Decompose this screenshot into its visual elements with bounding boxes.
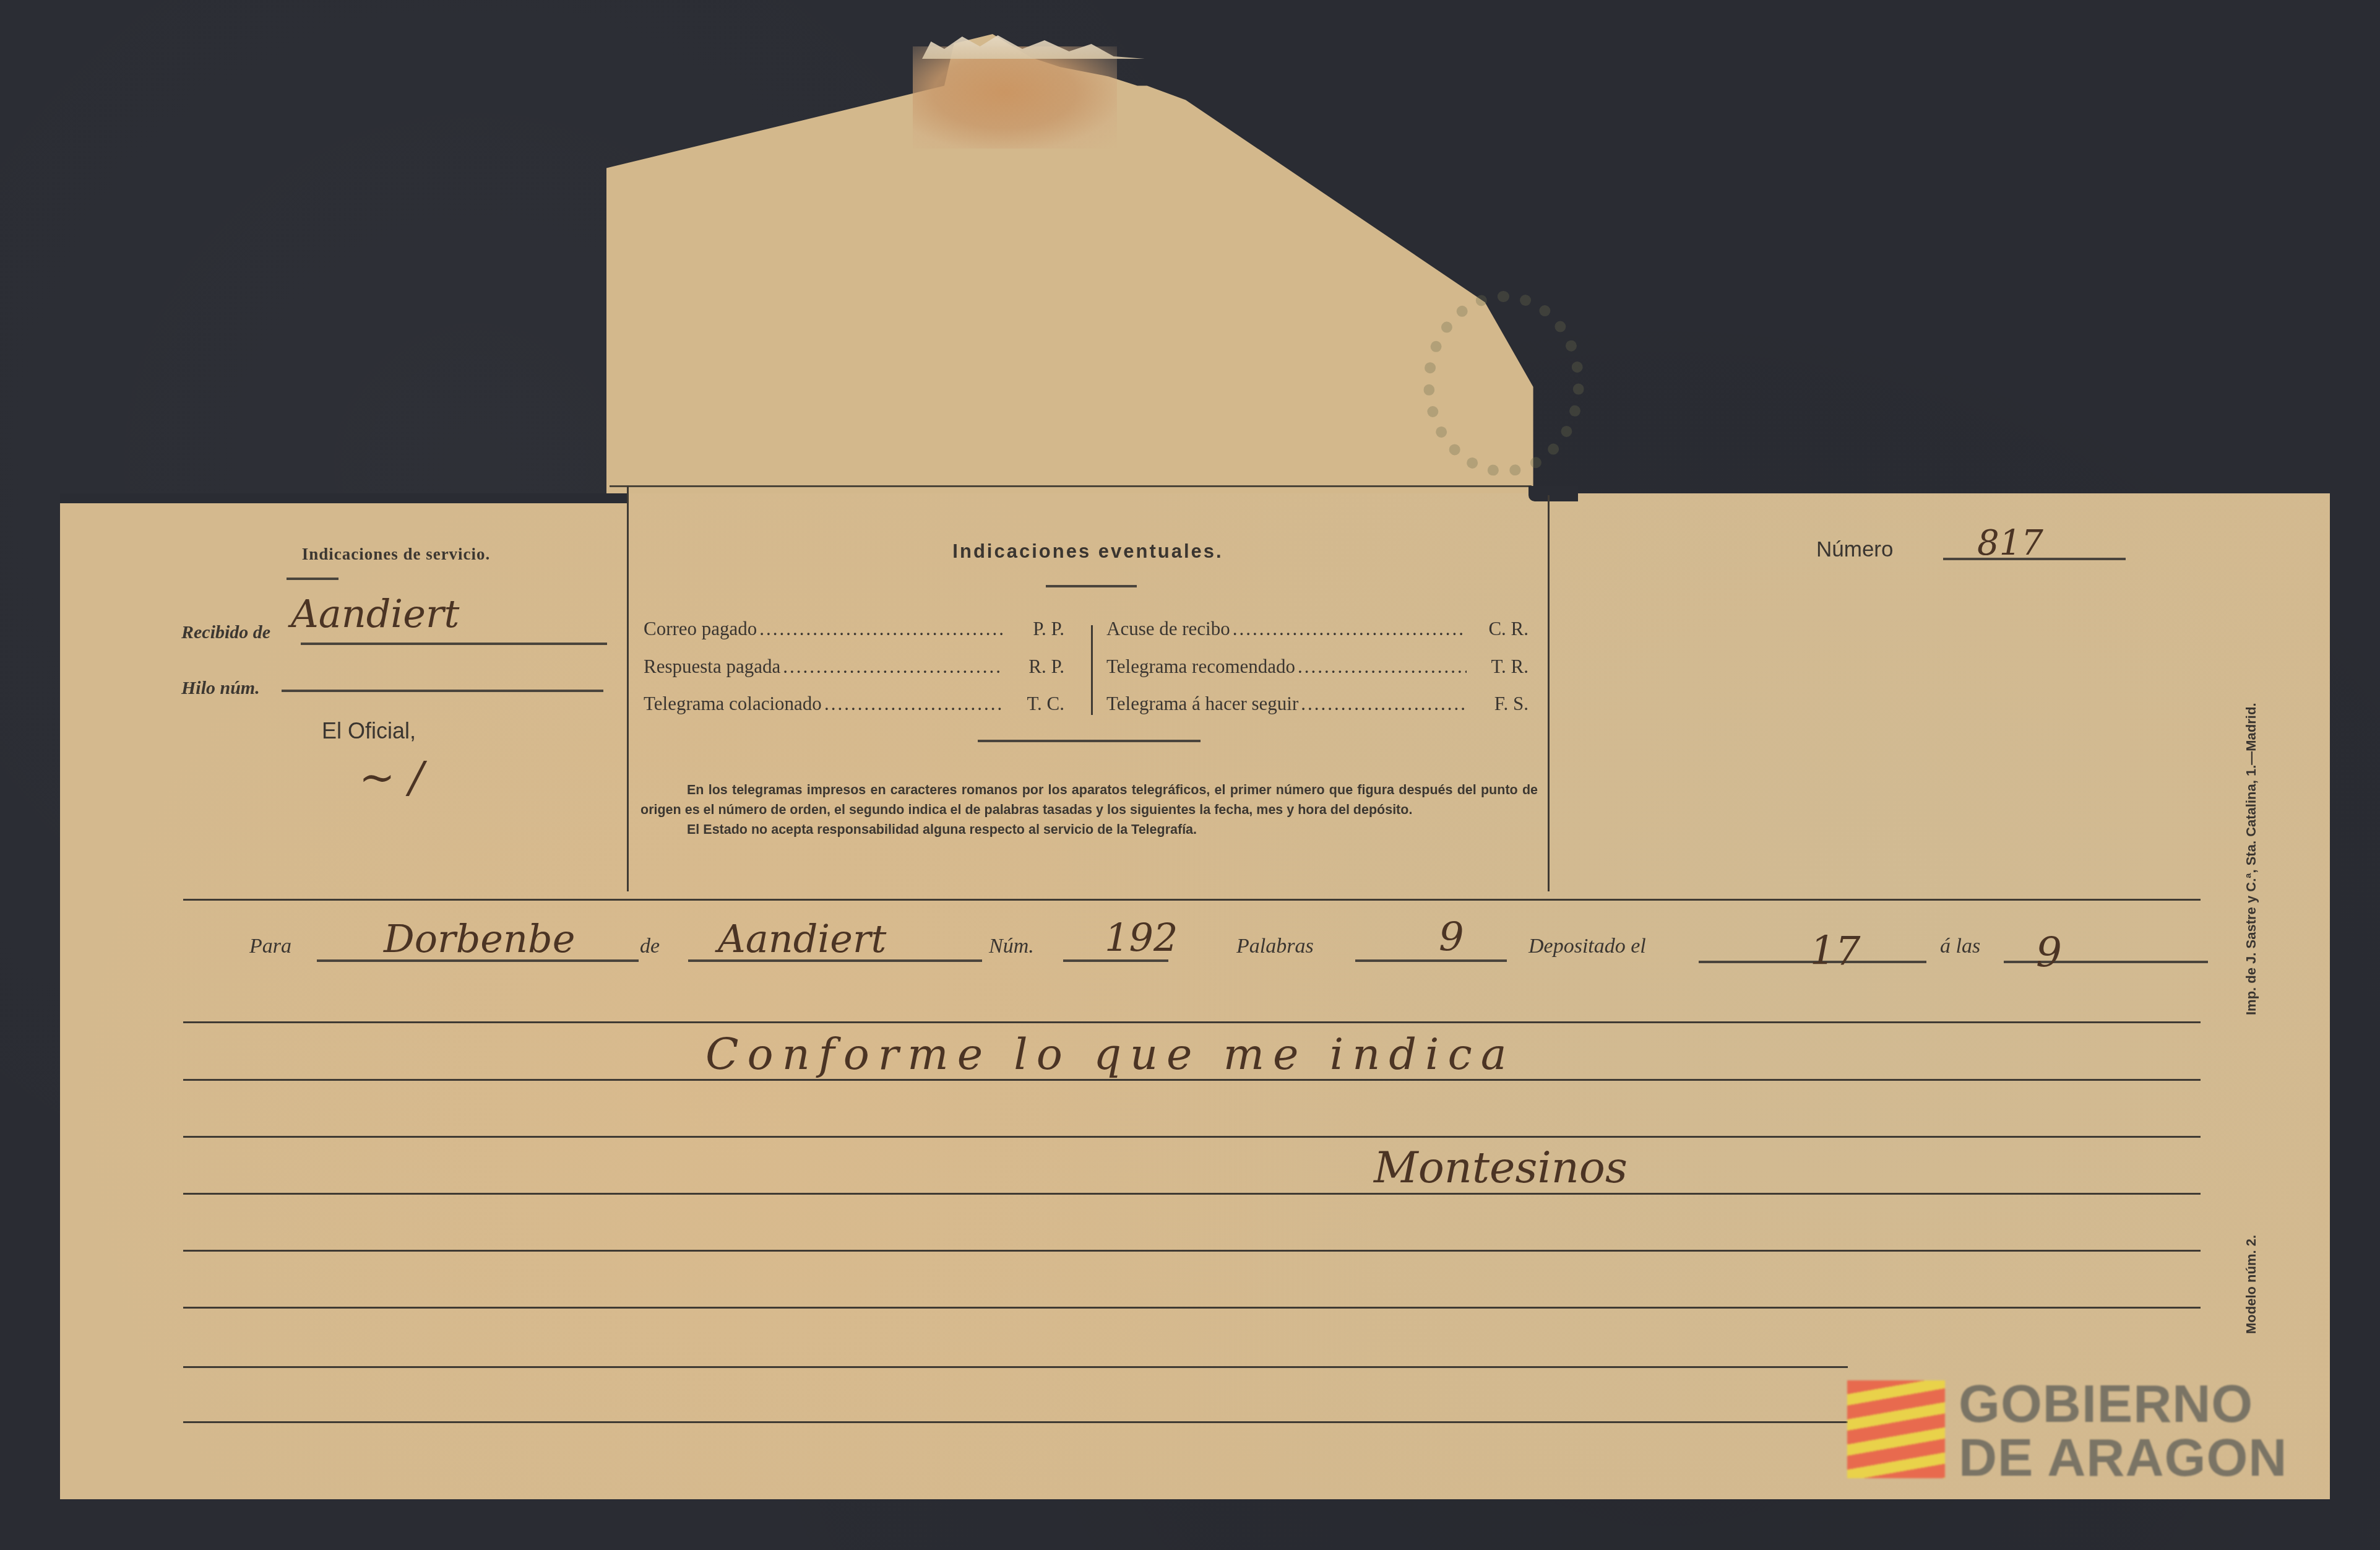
ruled-line [183, 1136, 2201, 1138]
logo-line-1: GOBIERNO [1959, 1377, 2253, 1431]
option-telegrama-colacionado: Telegrama colacionado ..................… [644, 693, 1064, 715]
para-label: Para [249, 935, 291, 958]
leader-dots: ........................................… [780, 656, 1002, 678]
eventuales-title-rule [1046, 585, 1137, 587]
notice-paragraph-2: El Estado no acepta responsabilidad algu… [640, 820, 1538, 839]
leader-dots: ........................................… [757, 618, 1002, 640]
option-label: Telegrama colacionado [644, 693, 822, 715]
message-signature[interactable]: Montesinos [1374, 1142, 1628, 1193]
logo-line-2: DE ARAGON [1959, 1431, 2287, 1484]
depositado-value[interactable]: 17 [1810, 929, 1860, 974]
ruled-line [183, 1193, 2201, 1195]
palabras-line [1355, 959, 1507, 962]
num-label: Núm. [989, 935, 1034, 958]
option-telegrama-recomendado: Telegrama recomendado ..................… [1106, 656, 1528, 678]
eventuales-title: Indicaciones eventuales. [627, 540, 1549, 563]
legal-notice: En los telegramas impresos en caracteres… [640, 780, 1538, 839]
para-value[interactable]: Dorbenbe [384, 916, 575, 961]
notice-paragraph-1: En los telegramas impresos en caracteres… [640, 780, 1538, 820]
option-label: Correo pagado [644, 618, 757, 640]
postmark-stamp [1423, 291, 1584, 477]
service-title: Indicaciones de servicio. [235, 545, 557, 564]
sheet-edge-tear [1528, 486, 1578, 501]
option-correo-pagado: Correo pagado ..........................… [644, 618, 1064, 640]
recibido-label: Recibido de [181, 622, 270, 643]
ruled-line [183, 1307, 2201, 1309]
palabras-label: Palabras [1236, 935, 1314, 958]
printer-imprint: Imp. de J. Sastre y C.ª, Sta. Catalina, … [2243, 703, 2259, 1015]
option-code: T. R. [1467, 656, 1528, 678]
de-label: de [640, 935, 660, 958]
option-label: Telegrama á hacer seguir [1106, 693, 1298, 715]
option-code: T. C. [1002, 693, 1064, 715]
eventuales-bottom-rule [978, 740, 1201, 742]
leader-dots: ........................................… [1230, 618, 1467, 640]
depositado-label: Depositado el [1528, 935, 1646, 958]
hora-line [2004, 961, 2208, 963]
ruled-line [183, 1366, 1848, 1368]
model-imprint: Modelo núm. 2. [2243, 1235, 2259, 1334]
hora-value[interactable]: 9 [2036, 929, 2062, 976]
leader-dots: ........................................… [1298, 693, 1467, 715]
de-value[interactable]: Aandiert [718, 916, 886, 961]
recibido-line [301, 643, 607, 645]
oficial-signature: ~ / [359, 752, 424, 803]
ruled-line [183, 1250, 2201, 1252]
numero-value[interactable]: 817 [1977, 523, 2043, 563]
option-hacer-seguir: Telegrama á hacer seguir ...............… [1106, 693, 1528, 715]
ruled-line [183, 1421, 1848, 1423]
option-label: Respuesta pagada [644, 656, 780, 678]
num-value[interactable]: 192 [1105, 915, 1178, 960]
hilo-label: Hilo núm. [181, 678, 260, 699]
recibido-value[interactable]: Aandiert [291, 591, 459, 636]
leader-dots: ........................................… [822, 693, 1002, 715]
ruled-line-top [183, 899, 2201, 901]
option-code: C. R. [1467, 618, 1528, 640]
hilo-line [282, 690, 603, 692]
eventuales-divider [1091, 625, 1093, 715]
flap-fold-line [610, 485, 1532, 487]
option-code: R. P. [1002, 656, 1064, 678]
option-respuesta-pagada: Respuesta pagada .......................… [644, 656, 1064, 678]
ruled-line [183, 1021, 2201, 1023]
adhesive-stain [913, 46, 1117, 149]
oficial-label: El Oficial, [322, 718, 416, 744]
numero-label: Número [1816, 537, 1893, 562]
hora-label: á las [1940, 935, 1980, 958]
option-label: Acuse de recibo [1106, 618, 1230, 640]
palabras-value[interactable]: 9 [1439, 915, 1464, 961]
sheet-edge-left [60, 493, 627, 503]
option-label: Telegrama recomendado [1106, 656, 1295, 678]
aragon-flag-icon [1847, 1380, 1945, 1478]
option-acuse-recibo: Acuse de recibo ........................… [1106, 618, 1528, 640]
message-body[interactable]: Conforme lo que me indica [705, 1029, 1515, 1080]
option-code: P. P. [1002, 618, 1064, 640]
leader-dots: ........................................… [1295, 656, 1467, 678]
service-title-rule [287, 578, 338, 580]
option-code: F. S. [1467, 693, 1528, 715]
